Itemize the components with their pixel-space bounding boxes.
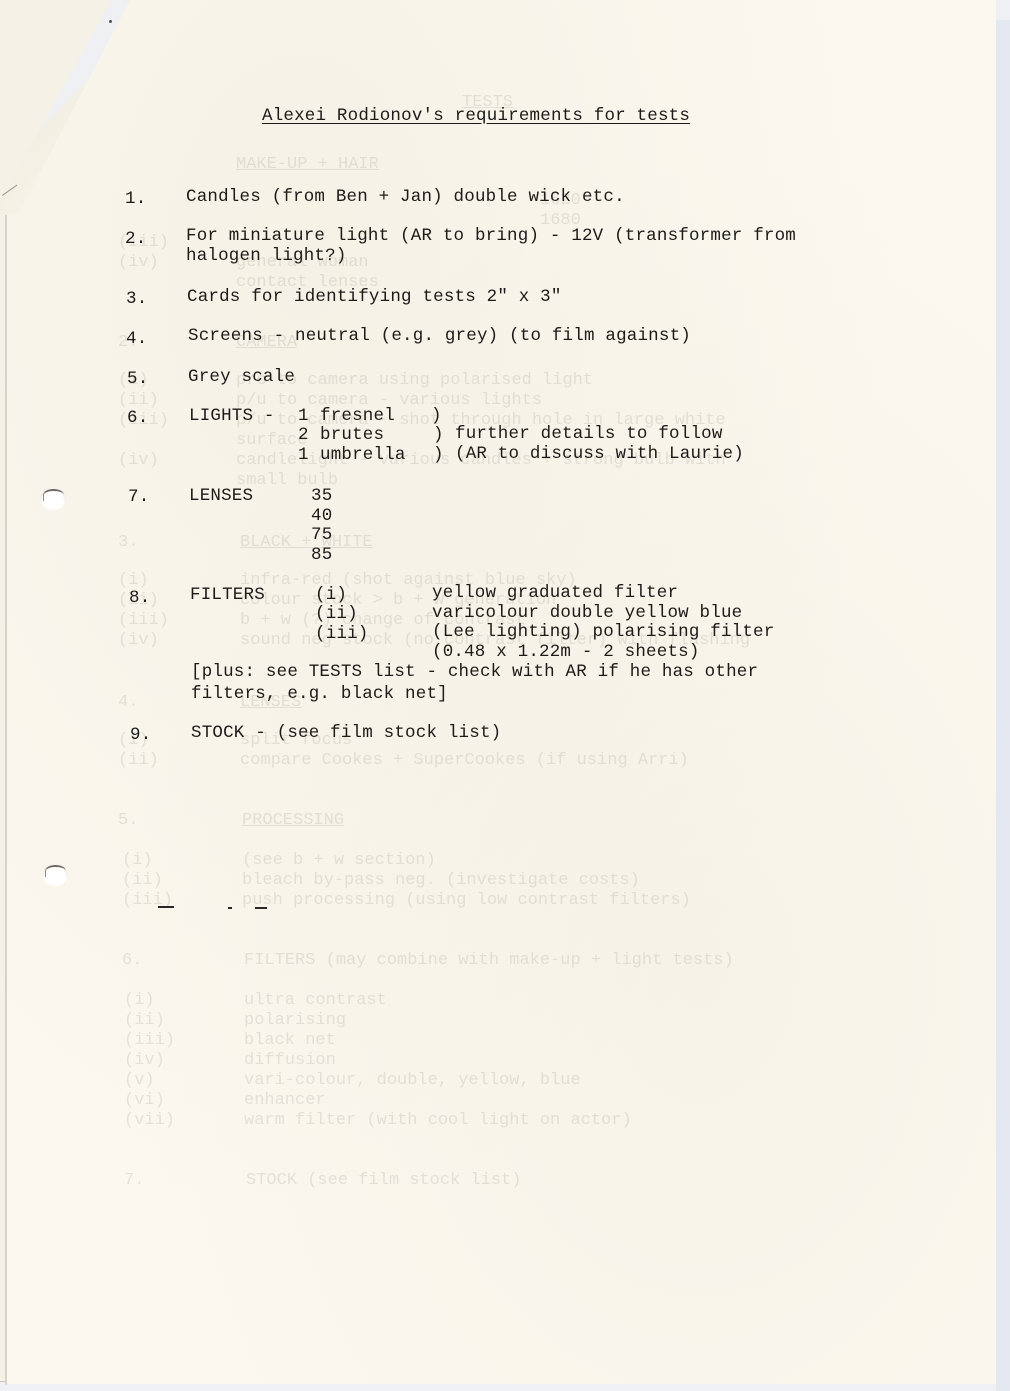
item-number: 2. [125, 230, 146, 250]
lens-value: 75 [311, 526, 332, 546]
dust-speck [109, 20, 112, 23]
stray-mark [228, 907, 232, 909]
light-bracket: ) [433, 446, 444, 466]
scanner-edge-strip [996, 20, 1010, 1391]
light-name: brutes [320, 426, 384, 446]
filter-index: (iii) [315, 625, 369, 645]
item-number: 3. [126, 290, 147, 310]
item-number: 9. [130, 726, 151, 746]
item-number: 5. [127, 370, 148, 390]
stray-mark [255, 907, 267, 909]
filter-text: varicolour double yellow blue [432, 604, 742, 624]
item-text: For miniature light (AR to bring) - 12V … [186, 227, 796, 247]
item-text: Candles (from Ben + Jan) double wick etc… [186, 188, 625, 208]
stray-mark [158, 906, 174, 908]
filters-label: FILTERS [190, 586, 265, 606]
lens-value: 40 [311, 507, 332, 527]
light-bracket: ) [433, 426, 444, 446]
lens-value: 85 [311, 546, 332, 566]
filter-text: yellow graduated filter [432, 584, 678, 604]
light-name: umbrella [320, 446, 406, 466]
filter-text: (0.48 x 1.22m - 2 sheets) [432, 643, 700, 663]
item-text: STOCK - (see film stock list) [191, 724, 501, 744]
light-name: fresnel [320, 407, 395, 427]
item-number: 1. [125, 190, 146, 210]
item-number: 7. [128, 488, 149, 508]
item-text: Cards for identifying tests 2" x 3" [187, 288, 562, 308]
lens-value: 35 [311, 487, 332, 507]
document-title: Alexei Rodionov's requirements for tests [262, 107, 690, 127]
item-number: 8. [129, 589, 150, 609]
item-text: Grey scale [188, 368, 295, 388]
lights-label: LIGHTS - [189, 407, 275, 427]
punch-hole-icon [40, 488, 66, 510]
page-left-edge [5, 205, 7, 1385]
filters-note: filters, e.g. black net] [191, 685, 448, 705]
item-number: 6. [127, 409, 148, 429]
item-text: Screens - neutral (e.g. grey) (to film a… [188, 327, 691, 347]
filter-index: (i) [315, 586, 347, 606]
item-number: 4. [126, 330, 147, 350]
light-qty: 1 [298, 446, 309, 466]
light-note: further details to follow [455, 425, 723, 445]
light-bracket: ) [431, 407, 442, 427]
light-note: (AR to discuss with Laurie) [455, 445, 744, 465]
filter-index: (ii) [315, 605, 358, 625]
light-qty: 2 [298, 426, 309, 446]
filter-text: (Lee lighting) polarising filter [432, 623, 774, 643]
light-qty: 1 [298, 407, 309, 427]
item-text: halogen light?) [186, 247, 347, 267]
filters-note: [plus: see TESTS list - check with AR if… [191, 663, 758, 683]
punch-hole-icon [42, 864, 68, 886]
lenses-label: LENSES [189, 487, 253, 507]
paper-page [6, 0, 996, 1384]
paper-texture [6, 0, 996, 1384]
